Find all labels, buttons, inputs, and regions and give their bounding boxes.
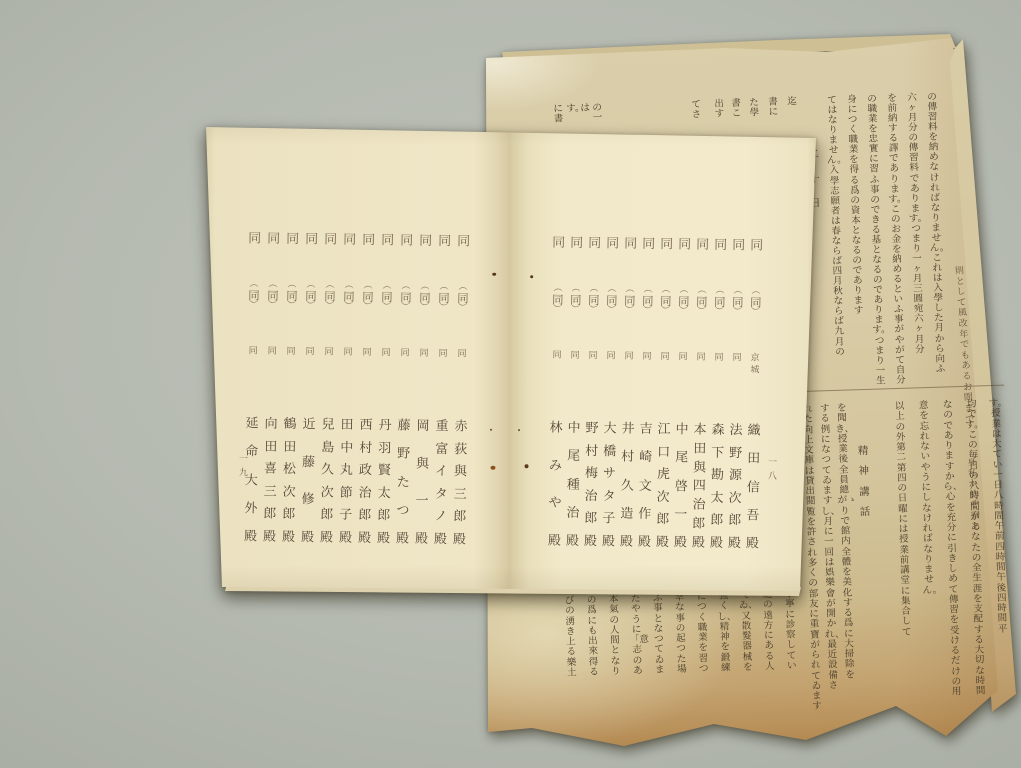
- ditto-parenthesized: ︵同︶: [729, 287, 747, 316]
- ditto-small: 同: [659, 351, 671, 363]
- ditto-parenthesized: ︵同︶: [585, 285, 603, 314]
- ditto-small: 同: [677, 351, 689, 363]
- text-column: た學: [747, 98, 762, 119]
- ditto-parenthesized: ︵同︶: [435, 283, 453, 312]
- open-booklet: 同︵同︶同赤荻與三郎殿同︵同︶同重富イタノ殿同︵同︶同岡與一殿同︵同︶同藤野たつ…: [203, 121, 819, 599]
- recipient-name: 藤野たつ殿: [393, 419, 413, 545]
- binding-hole-stain: [490, 429, 492, 431]
- text-column: なのでありますから、心を充分に引きしめて傳習を受けるだけの用: [941, 400, 964, 698]
- text-column: 書に: [766, 98, 781, 119]
- text-column: す。授業は大てい一日八時間午前四時間午後四時間平: [989, 399, 1010, 635]
- ditto-mark: 同: [341, 229, 359, 248]
- text-column: の職業を忠實に習ふ事のできる基となるのであります。つまり一生: [865, 94, 888, 386]
- recipient-name: 近藤修殿: [298, 418, 318, 544]
- ditto-mark: 同: [712, 234, 730, 253]
- ditto-mark: 同: [658, 233, 676, 252]
- recipient-name: 吉崎文作殿: [635, 423, 655, 549]
- text-column: 六ヶ月分の傳習料であります。つまり一ヶ月三圓宛六ヶ月分: [905, 93, 927, 355]
- recipient-name: 中尾啓一殿: [671, 423, 691, 549]
- booklet-text-layer: 同︵同︶同赤荻與三郎殿同︵同︶同重富イタノ殿同︵同︶同岡與一殿同︵同︶同藤野たつ…: [200, 117, 823, 604]
- ditto-mark: 同: [398, 229, 416, 248]
- ditto-parenthesized: ︵同︶: [549, 285, 567, 314]
- page-number: 一九: [237, 453, 249, 481]
- ditto-mark: 同: [586, 232, 604, 251]
- ditto-parenthesized: ︵同︶: [711, 287, 729, 316]
- ditto-small: 同: [285, 346, 297, 358]
- ditto-small: 同: [342, 347, 354, 359]
- ditto-small: 同: [641, 351, 653, 363]
- ditto-parenthesized: ︵同︶: [397, 282, 415, 311]
- ditto-parenthesized: ︵同︶: [454, 283, 472, 312]
- recipient-name: 兒島久次郎殿: [317, 418, 337, 544]
- spiritual-lecture-heading: 精神講話: [856, 441, 873, 523]
- ditto-small: 同: [569, 350, 581, 362]
- rust-stain: [490, 466, 495, 470]
- ditto-parenthesized: ︵同︶: [747, 287, 765, 316]
- text-column: てさ: [689, 100, 704, 121]
- ditto-mark: 同: [265, 228, 283, 247]
- recipient-name: 中尾種治殿: [563, 422, 583, 548]
- ditto-mark: 同: [303, 228, 321, 247]
- ditto-parenthesized: ︵同︶: [675, 286, 693, 315]
- recipient-name: 西村政治郎殿: [355, 419, 375, 545]
- recipient-name: 織田信吾殿: [743, 424, 763, 550]
- page-number: 一八: [766, 457, 778, 485]
- ditto-small: 同: [437, 348, 449, 360]
- ditto-mark: 同: [568, 232, 586, 251]
- ditto-small: 同: [551, 350, 563, 362]
- ditto-small: 同: [456, 348, 468, 360]
- ditto-small: 同: [623, 351, 635, 363]
- ditto-parenthesized: ︵同︶: [264, 281, 282, 310]
- ditto-small: 同: [418, 348, 430, 360]
- text-column: す。: [566, 104, 580, 114]
- binding-hole-stain: [518, 429, 520, 431]
- ditto-parenthesized: ︵同︶: [657, 286, 675, 315]
- ditto-mark: 同: [455, 230, 473, 249]
- recipient-name: 森下勘太郎殿: [707, 424, 727, 550]
- recipient-name: 赤荻與三郎殿: [450, 420, 470, 546]
- ditto-small: 同: [695, 352, 707, 364]
- ditto-parenthesized: ︵同︶: [693, 287, 711, 316]
- ditto-small: 同: [731, 352, 743, 364]
- ditto-mark: 同: [436, 230, 454, 249]
- text-column: 身につく職業を得る爲の資本となるのであります: [845, 95, 866, 317]
- ditto-small: 同: [247, 345, 259, 357]
- text-column: 迄: [785, 97, 799, 107]
- binding-hole-stain: [525, 464, 529, 468]
- recipient-name: 丹羽賢太郎殿: [374, 419, 394, 545]
- text-column: 出す: [712, 99, 727, 120]
- recipient-name: 法野源次郎殿: [725, 424, 745, 550]
- photo-of-documents: 二十日 精神講話 の傳習料を納めなければなりません。これは入學した月から向ふ六ヶ…: [0, 0, 1021, 768]
- ditto-mark: 同: [604, 232, 622, 251]
- binding-hole-stain: [492, 273, 496, 276]
- ditto-small: 同: [399, 347, 411, 359]
- ditto-small: 同: [323, 346, 335, 358]
- ditto-mark: 同: [246, 227, 264, 246]
- ditto-mark: 同: [417, 230, 435, 249]
- ditto-small: 同: [713, 352, 725, 364]
- ditto-parenthesized: ︵同︶: [378, 282, 396, 311]
- binding-hole-stain: [530, 275, 533, 278]
- ditto-small: 同: [587, 350, 599, 362]
- recipient-name: 井村久造殿: [617, 423, 637, 549]
- ditto-parenthesized: ︵同︶: [567, 285, 585, 314]
- location-label: 京城: [749, 352, 761, 376]
- ditto-parenthesized: ︵同︶: [639, 286, 657, 315]
- text-column: の傳習料を納めなければなりません。これは入學した月から向ふ: [925, 93, 948, 375]
- recipient-name: 野村梅治郎殿: [581, 422, 601, 548]
- ditto-small: 同: [266, 346, 278, 358]
- text-column: を前納する譯であります。このお金を納めるといふ事がやがて自分: [885, 94, 908, 386]
- recipient-name: 鶴田松次郎殿: [279, 418, 299, 544]
- ditto-small: 同: [361, 347, 373, 359]
- ditto-parenthesized: ︵同︶: [283, 281, 301, 310]
- ditto-parenthesized: ︵同︶: [416, 283, 434, 312]
- recipient-name: 田中丸節子殿: [336, 419, 356, 545]
- ditto-mark: 同: [379, 229, 397, 248]
- ditto-parenthesized: ︵同︶: [603, 285, 621, 314]
- ditto-mark: 同: [748, 234, 766, 253]
- recipient-name: 岡與一殿: [412, 420, 432, 546]
- ditto-parenthesized: ︵同︶: [321, 281, 339, 310]
- recipient-name: 向田喜三郎殿: [260, 418, 280, 544]
- ditto-parenthesized: ︵同︶: [359, 282, 377, 311]
- recipient-name: 大橋サタ子殿: [599, 422, 619, 548]
- text-column: 以上の外第二第四の日曜には授業前講堂に集合して: [893, 402, 914, 638]
- ditto-mark: 同: [284, 228, 302, 247]
- recipient-name: 林みや殿: [545, 422, 565, 548]
- ditto-mark: 同: [730, 234, 748, 253]
- ditto-parenthesized: ︵同︶: [621, 286, 639, 315]
- ditto-mark: 同: [622, 233, 640, 252]
- recipient-name: 重富イタノ殿: [431, 420, 451, 546]
- ditto-mark: 同: [360, 229, 378, 248]
- text-column: 意を忘れないやうにしなければなりません。: [917, 401, 937, 596]
- ditto-mark: 同: [550, 232, 568, 251]
- ditto-small: 同: [304, 346, 316, 358]
- text-column: 書こ: [729, 99, 744, 120]
- ditto-parenthesized: ︵同︶: [245, 280, 263, 309]
- ditto-parenthesized: ︵同︶: [340, 282, 358, 311]
- ditto-mark: 同: [676, 233, 694, 252]
- ditto-mark: 同: [322, 228, 340, 247]
- recipient-name: 江口虎次郎殿: [653, 423, 673, 549]
- ditto-small: 同: [605, 350, 617, 362]
- ditto-small: 同: [380, 347, 392, 359]
- recipient-name: 本田與四治郎殿: [689, 424, 709, 550]
- ditto-parenthesized: ︵同︶: [302, 281, 320, 310]
- ditto-mark: 同: [694, 234, 712, 253]
- text-column: てはなりません。入學志願者は春ならば四月秋ならば九月の: [825, 96, 847, 358]
- ditto-mark: 同: [640, 233, 658, 252]
